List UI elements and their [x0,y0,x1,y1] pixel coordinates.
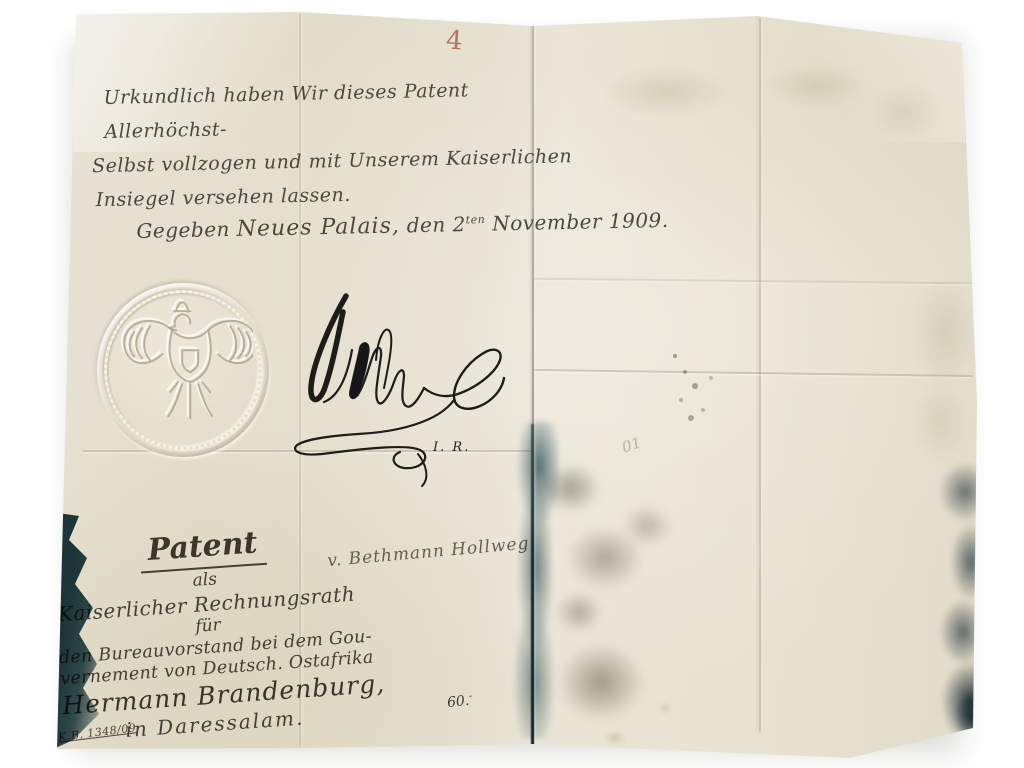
faint-pencil-mark: 01 [620,433,644,456]
grant-text-block: Patent als Kaiserlicher Rechnungsrath fü… [51,520,367,746]
page-number-annotation: 4 [445,25,464,56]
fee-value: 60. [446,693,470,711]
fee-annotation: 60.- [446,691,473,711]
embossed-seal [97,283,269,457]
fee-dash: - [468,691,473,702]
fold-crease-center-stained [531,424,534,746]
ink-specks [673,354,677,358]
kaiser-wilhelm-signature [288,284,528,504]
ink-stain-top-right-faint [553,30,977,180]
ink-stain-bottom-dots [545,672,705,752]
fold-crease-horizontal-right [533,369,973,377]
fold-crease-right [759,18,761,732]
date-mid: den 2 [400,212,466,237]
date-prefix: Gegeben [136,217,237,243]
imperial-eagle-icon [113,297,253,437]
promulgation-text: Urkundlich haben Wir dieses Patent Aller… [90,71,593,250]
corner-highlight-top-right [745,12,965,142]
ink-stain-right-faint [875,262,975,482]
fold-crease-horizontal-right-upper [533,278,973,285]
grant-title: Patent [139,526,267,573]
ink-stain-center-gray [523,430,703,736]
document-paper: Urkundlich haben Wir dieses Patent Aller… [55,12,980,764]
date-place: Neues Palais, [236,213,400,241]
ink-stain-right-edge [911,450,981,744]
promulgation-line-1: Urkundlich haben Wir dieses Patent Aller… [90,71,591,149]
photo-canvas: Urkundlich haben Wir dieses Patent Aller… [0,0,1024,768]
chancellor-signature: v. Bethmann Hollweg [327,533,538,571]
imperator-rex-initials: I. R. [433,440,470,455]
date-ordinal: ten [466,213,486,226]
date-end: November 1909. [485,208,669,236]
